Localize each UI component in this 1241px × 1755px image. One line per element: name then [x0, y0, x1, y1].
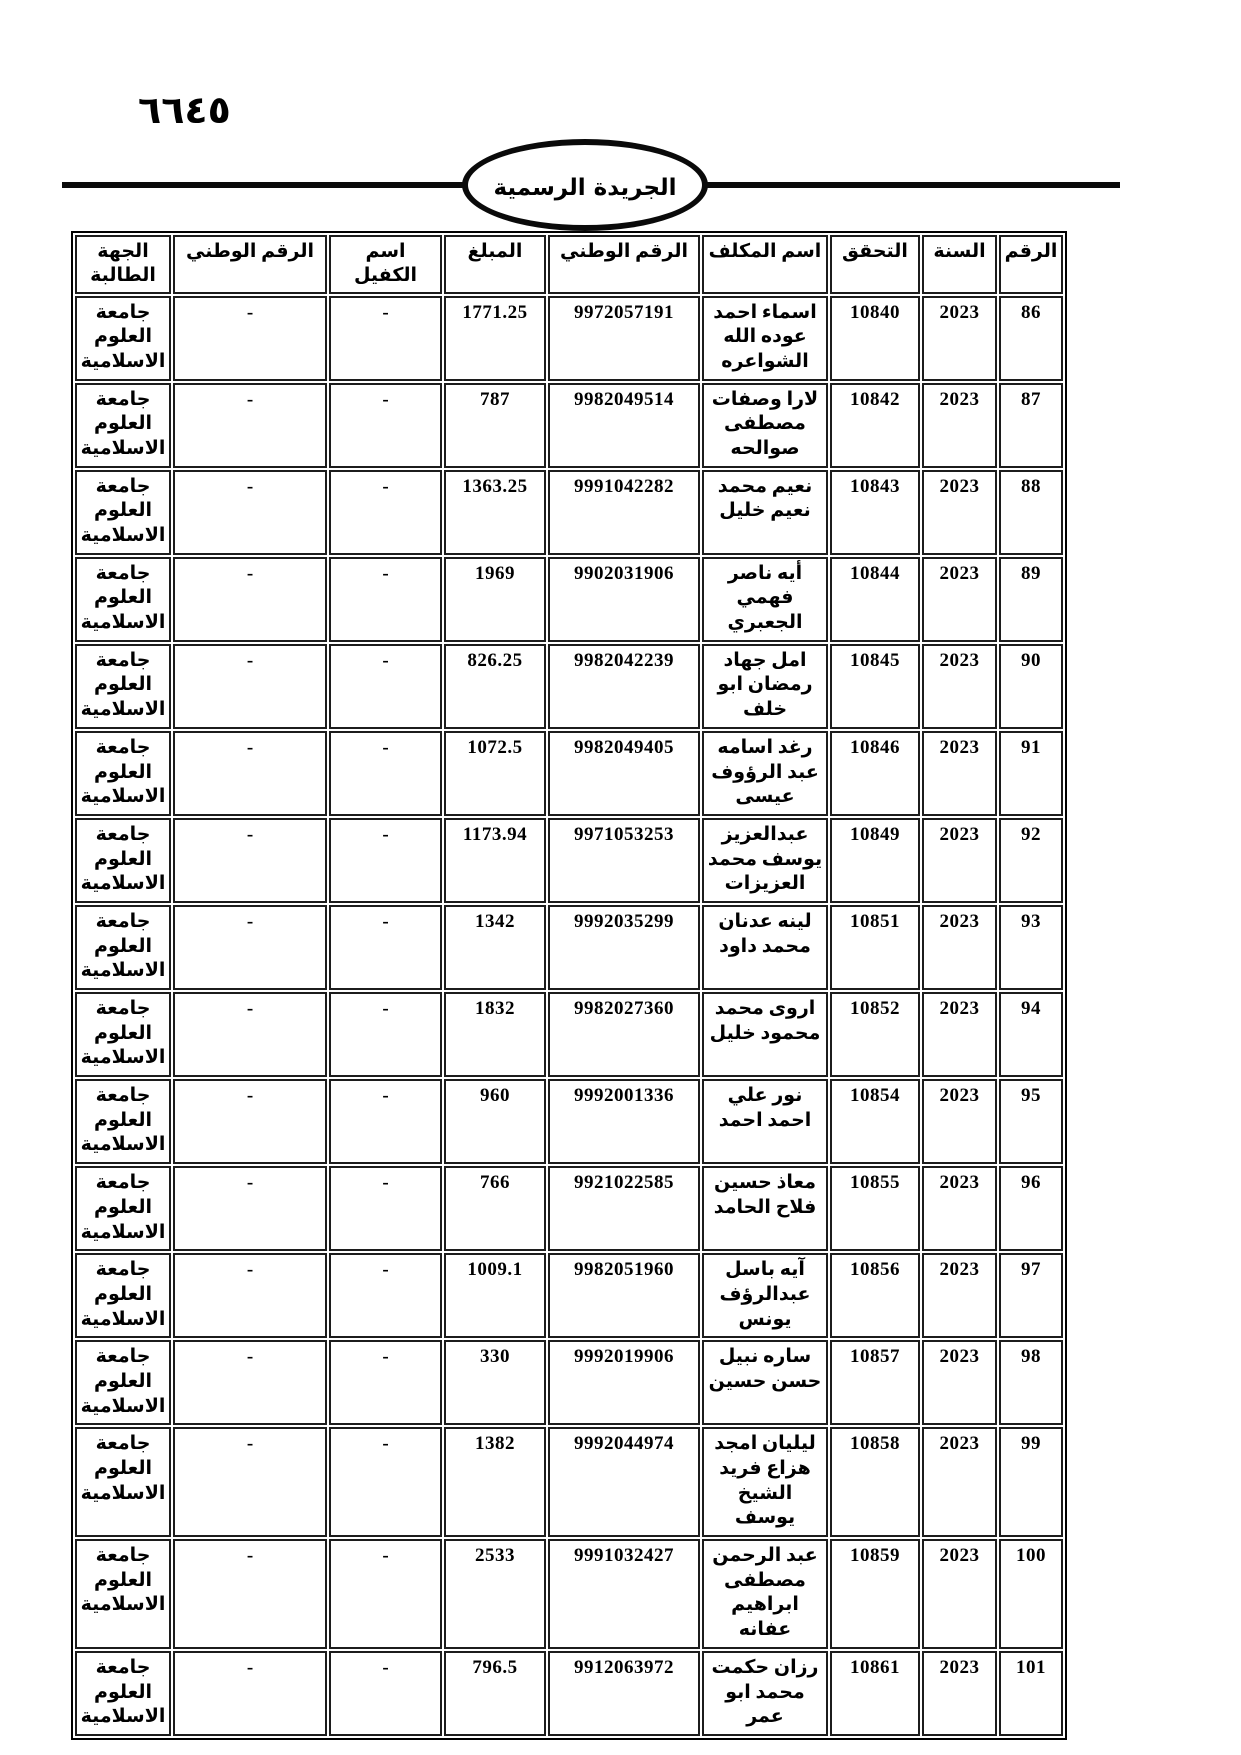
- header-sponsor-national-id: الرقم الوطني: [173, 235, 327, 294]
- cell-national-id: 9982049514: [548, 383, 700, 468]
- header-no: الرقم: [999, 235, 1063, 294]
- cell-year: 2023: [922, 470, 997, 555]
- cell-amount: 960: [444, 1079, 546, 1164]
- cell-check: 10849: [830, 818, 920, 903]
- cell-sponsor-national-id: -: [173, 992, 327, 1077]
- cell-check: 10840: [830, 296, 920, 381]
- cell-national-id: 9982049405: [548, 731, 700, 816]
- cell-sponsor-national-id: -: [173, 470, 327, 555]
- cell-sponsor-name: -: [329, 1079, 442, 1164]
- cell-sponsor-national-id: -: [173, 731, 327, 816]
- cell-sponsor-national-id: -: [173, 1166, 327, 1251]
- cell-taxpayer-name: نعيم محمد نعيم خليل: [702, 470, 828, 555]
- cell-taxpayer-name: عبدالعزيز يوسف محمد العزيزات: [702, 818, 828, 903]
- header-requesting-entity: الجهة الطالبة: [75, 235, 171, 294]
- header-year: السنة: [922, 235, 997, 294]
- cell-year: 2023: [922, 1539, 997, 1649]
- cell-year: 2023: [922, 1253, 997, 1338]
- cell-taxpayer-name: اسماء احمد عوده الله الشواعره: [702, 296, 828, 381]
- cell-requesting-entity: جامعة العلوم الاسلامية: [75, 905, 171, 990]
- cell-year: 2023: [922, 383, 997, 468]
- cell-check: 10842: [830, 383, 920, 468]
- cell-amount: 1969: [444, 557, 546, 642]
- cell-sponsor-name: -: [329, 1166, 442, 1251]
- cell-requesting-entity: جامعة العلوم الاسلامية: [75, 992, 171, 1077]
- cell-sponsor-name: -: [329, 1340, 442, 1425]
- cell-year: 2023: [922, 992, 997, 1077]
- cell-year: 2023: [922, 731, 997, 816]
- cell-year: 2023: [922, 644, 997, 729]
- cell-national-id: 9992044974: [548, 1427, 700, 1537]
- cell-sponsor-national-id: -: [173, 1427, 327, 1537]
- cell-national-id: 9982051960: [548, 1253, 700, 1338]
- cell-no: 95: [999, 1079, 1063, 1164]
- table-body: 86202310840اسماء احمد عوده الله الشواعره…: [75, 296, 1063, 1736]
- records-table-wrap: الرقم السنة التحقق اسم المكلف الرقم الوط…: [85, 231, 1067, 1740]
- table-row: 89202310844أيه ناصر فهمي الجعبري99020319…: [75, 557, 1063, 642]
- cell-national-id: 9992001336: [548, 1079, 700, 1164]
- cell-requesting-entity: جامعة العلوم الاسلامية: [75, 470, 171, 555]
- cell-no: 92: [999, 818, 1063, 903]
- cell-check: 10858: [830, 1427, 920, 1537]
- gazette-page: { "page": { "page_number": "٦٦٤٥", "bann…: [0, 0, 1241, 1755]
- table-row: 86202310840اسماء احمد عوده الله الشواعره…: [75, 296, 1063, 381]
- cell-sponsor-national-id: -: [173, 1539, 327, 1649]
- cell-sponsor-name: -: [329, 1539, 442, 1649]
- header-amount: المبلغ: [444, 235, 546, 294]
- cell-amount: 796.5: [444, 1651, 546, 1736]
- table-row: 95202310854نور علي احمد احمد999200133696…: [75, 1079, 1063, 1164]
- cell-amount: 1363.25: [444, 470, 546, 555]
- cell-no: 87: [999, 383, 1063, 468]
- cell-sponsor-name: -: [329, 1253, 442, 1338]
- header-taxpayer-name: اسم المكلف: [702, 235, 828, 294]
- cell-taxpayer-name: رزان حكمت محمد ابو عمر: [702, 1651, 828, 1736]
- cell-sponsor-national-id: -: [173, 383, 327, 468]
- cell-sponsor-national-id: -: [173, 1651, 327, 1736]
- gazette-banner-title: الجريدة الرسمية: [493, 169, 676, 201]
- cell-check: 10856: [830, 1253, 920, 1338]
- cell-taxpayer-name: آيه باسل عبدالرؤف يونس: [702, 1253, 828, 1338]
- cell-no: 100: [999, 1539, 1063, 1649]
- table-row: 90202310845امل جهاد رمضان ابو خلف9982042…: [75, 644, 1063, 729]
- table-row: 87202310842لارا وصفات مصطفى صوالحه998204…: [75, 383, 1063, 468]
- cell-requesting-entity: جامعة العلوم الاسلامية: [75, 644, 171, 729]
- cell-taxpayer-name: لينه عدنان محمد داود: [702, 905, 828, 990]
- cell-taxpayer-name: ساره نبيل حسن حسين: [702, 1340, 828, 1425]
- cell-sponsor-name: -: [329, 557, 442, 642]
- cell-no: 89: [999, 557, 1063, 642]
- cell-taxpayer-name: اروى محمد محمود خليل: [702, 992, 828, 1077]
- cell-national-id: 9992035299: [548, 905, 700, 990]
- cell-amount: 1173.94: [444, 818, 546, 903]
- cell-sponsor-name: -: [329, 731, 442, 816]
- cell-amount: 1771.25: [444, 296, 546, 381]
- cell-sponsor-national-id: -: [173, 1079, 327, 1164]
- cell-national-id: 9982042239: [548, 644, 700, 729]
- cell-taxpayer-name: نور علي احمد احمد: [702, 1079, 828, 1164]
- cell-no: 97: [999, 1253, 1063, 1338]
- cell-year: 2023: [922, 905, 997, 990]
- cell-no: 93: [999, 905, 1063, 990]
- cell-national-id: 9971053253: [548, 818, 700, 903]
- header-check: التحقق: [830, 235, 920, 294]
- cell-amount: 1342: [444, 905, 546, 990]
- cell-sponsor-national-id: -: [173, 644, 327, 729]
- cell-check: 10846: [830, 731, 920, 816]
- cell-check: 10852: [830, 992, 920, 1077]
- cell-national-id: 9992019906: [548, 1340, 700, 1425]
- cell-check: 10859: [830, 1539, 920, 1649]
- cell-sponsor-name: -: [329, 818, 442, 903]
- cell-sponsor-national-id: -: [173, 557, 327, 642]
- cell-requesting-entity: جامعة العلوم الاسلامية: [75, 1340, 171, 1425]
- cell-taxpayer-name: لارا وصفات مصطفى صوالحه: [702, 383, 828, 468]
- cell-sponsor-name: -: [329, 1427, 442, 1537]
- cell-sponsor-name: -: [329, 470, 442, 555]
- page-number: ٦٦٤٥: [138, 88, 231, 133]
- cell-check: 10854: [830, 1079, 920, 1164]
- cell-check: 10855: [830, 1166, 920, 1251]
- cell-no: 88: [999, 470, 1063, 555]
- gazette-banner-ellipse: الجريدة الرسمية: [462, 139, 708, 231]
- cell-requesting-entity: جامعة العلوم الاسلامية: [75, 731, 171, 816]
- table-row: 96202310855معاذ حسين فلاح الحامد99210225…: [75, 1166, 1063, 1251]
- cell-year: 2023: [922, 818, 997, 903]
- cell-no: 101: [999, 1651, 1063, 1736]
- cell-no: 99: [999, 1427, 1063, 1537]
- header-national-id: الرقم الوطني: [548, 235, 700, 294]
- cell-national-id: 9902031906: [548, 557, 700, 642]
- table-row: 91202310846رغد اسامه عبد الرؤوف عيسى9982…: [75, 731, 1063, 816]
- cell-national-id: 9972057191: [548, 296, 700, 381]
- cell-sponsor-name: -: [329, 1651, 442, 1736]
- cell-taxpayer-name: امل جهاد رمضان ابو خلف: [702, 644, 828, 729]
- cell-national-id: 9912063972: [548, 1651, 700, 1736]
- cell-requesting-entity: جامعة العلوم الاسلامية: [75, 1651, 171, 1736]
- cell-requesting-entity: جامعة العلوم الاسلامية: [75, 296, 171, 381]
- cell-amount: 1382: [444, 1427, 546, 1537]
- cell-amount: 330: [444, 1340, 546, 1425]
- cell-amount: 1832: [444, 992, 546, 1077]
- cell-sponsor-national-id: -: [173, 296, 327, 381]
- records-table: الرقم السنة التحقق اسم المكلف الرقم الوط…: [71, 231, 1067, 1740]
- cell-taxpayer-name: عبد الرحمن مصطفى ابراهيم عفانه: [702, 1539, 828, 1649]
- cell-year: 2023: [922, 557, 997, 642]
- cell-national-id: 9921022585: [548, 1166, 700, 1251]
- cell-sponsor-name: -: [329, 992, 442, 1077]
- cell-amount: 826.25: [444, 644, 546, 729]
- table-row: 98202310857ساره نبيل حسن حسين99920199063…: [75, 1340, 1063, 1425]
- cell-amount: 787: [444, 383, 546, 468]
- cell-sponsor-name: -: [329, 383, 442, 468]
- table-row: 93202310851لينه عدنان محمد داود999203529…: [75, 905, 1063, 990]
- cell-no: 96: [999, 1166, 1063, 1251]
- cell-requesting-entity: جامعة العلوم الاسلامية: [75, 383, 171, 468]
- cell-amount: 766: [444, 1166, 546, 1251]
- cell-sponsor-national-id: -: [173, 818, 327, 903]
- cell-amount: 2533: [444, 1539, 546, 1649]
- cell-requesting-entity: جامعة العلوم الاسلامية: [75, 1079, 171, 1164]
- table-row: 94202310852اروى محمد محمود خليل998202736…: [75, 992, 1063, 1077]
- cell-no: 98: [999, 1340, 1063, 1425]
- table-row: 97202310856آيه باسل عبدالرؤف يونس9982051…: [75, 1253, 1063, 1338]
- cell-national-id: 9982027360: [548, 992, 700, 1077]
- cell-year: 2023: [922, 296, 997, 381]
- cell-year: 2023: [922, 1166, 997, 1251]
- table-row: 92202310849عبدالعزيز يوسف محمد العزيزات9…: [75, 818, 1063, 903]
- cell-requesting-entity: جامعة العلوم الاسلامية: [75, 818, 171, 903]
- cell-check: 10861: [830, 1651, 920, 1736]
- cell-taxpayer-name: ليليان امجد هزاع فريد الشيخ يوسف: [702, 1427, 828, 1537]
- cell-taxpayer-name: أيه ناصر فهمي الجعبري: [702, 557, 828, 642]
- cell-year: 2023: [922, 1427, 997, 1537]
- cell-requesting-entity: جامعة العلوم الاسلامية: [75, 1166, 171, 1251]
- cell-requesting-entity: جامعة العلوم الاسلامية: [75, 1253, 171, 1338]
- cell-requesting-entity: جامعة العلوم الاسلامية: [75, 1539, 171, 1649]
- cell-no: 91: [999, 731, 1063, 816]
- cell-requesting-entity: جامعة العلوم الاسلامية: [75, 1427, 171, 1537]
- cell-taxpayer-name: معاذ حسين فلاح الحامد: [702, 1166, 828, 1251]
- cell-no: 86: [999, 296, 1063, 381]
- cell-year: 2023: [922, 1340, 997, 1425]
- cell-sponsor-name: -: [329, 644, 442, 729]
- cell-sponsor-national-id: -: [173, 905, 327, 990]
- cell-requesting-entity: جامعة العلوم الاسلامية: [75, 557, 171, 642]
- table-row: 88202310843نعيم محمد نعيم خليل9991042282…: [75, 470, 1063, 555]
- cell-sponsor-name: -: [329, 296, 442, 381]
- table-row: 99202310858ليليان امجد هزاع فريد الشيخ ي…: [75, 1427, 1063, 1537]
- cell-no: 94: [999, 992, 1063, 1077]
- cell-check: 10843: [830, 470, 920, 555]
- cell-national-id: 9991042282: [548, 470, 700, 555]
- cell-sponsor-national-id: -: [173, 1340, 327, 1425]
- cell-check: 10857: [830, 1340, 920, 1425]
- header-sponsor-name: اسم الكفيل: [329, 235, 442, 294]
- cell-amount: 1072.5: [444, 731, 546, 816]
- cell-amount: 1009.1: [444, 1253, 546, 1338]
- table-header-row: الرقم السنة التحقق اسم المكلف الرقم الوط…: [75, 235, 1063, 294]
- cell-sponsor-national-id: -: [173, 1253, 327, 1338]
- cell-check: 10845: [830, 644, 920, 729]
- cell-year: 2023: [922, 1651, 997, 1736]
- cell-national-id: 9991032427: [548, 1539, 700, 1649]
- cell-check: 10844: [830, 557, 920, 642]
- table-row: 101202310861رزان حكمت محمد ابو عمر991206…: [75, 1651, 1063, 1736]
- table-row: 100202310859عبد الرحمن مصطفى ابراهيم عفا…: [75, 1539, 1063, 1649]
- cell-year: 2023: [922, 1079, 997, 1164]
- cell-taxpayer-name: رغد اسامه عبد الرؤوف عيسى: [702, 731, 828, 816]
- cell-check: 10851: [830, 905, 920, 990]
- cell-sponsor-name: -: [329, 905, 442, 990]
- cell-no: 90: [999, 644, 1063, 729]
